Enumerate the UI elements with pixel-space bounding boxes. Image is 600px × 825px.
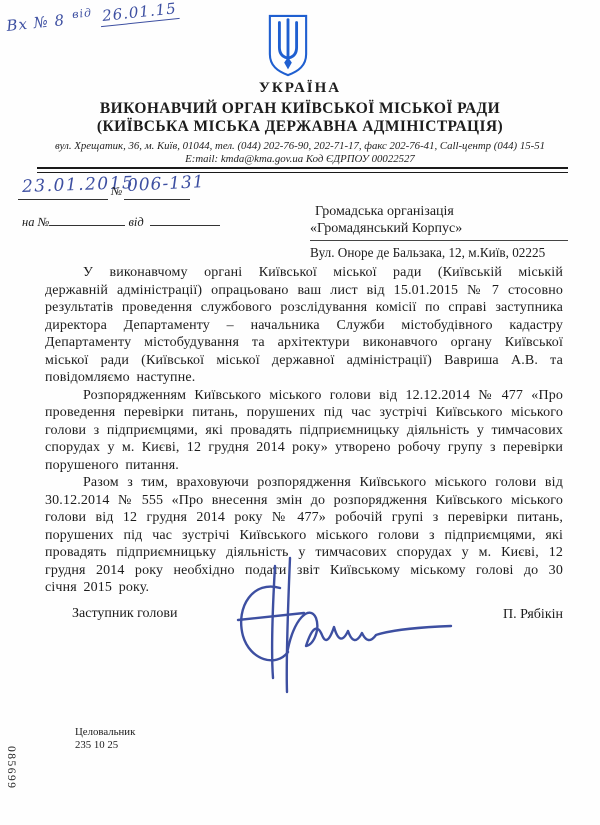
vertical-registration-number: 085699 [5, 746, 17, 810]
handwritten-registration-note: Вх № 8 від 26.01.15 [6, 0, 180, 35]
executor-name: Целовальник [75, 726, 135, 739]
body-paragraph-2: Розпорядженням Київського міського голов… [45, 387, 563, 475]
letterhead-address: вул. Хрещатик, 36, м. Київ, 01044, тел. … [0, 140, 600, 152]
recipient-block: Громадська організація «Громадянський Ко… [310, 203, 572, 261]
reply-date-blank-line [150, 213, 220, 226]
ukraine-trident-icon [267, 14, 309, 77]
reply-reference-row: на № від [22, 213, 220, 230]
reply-number-label: на № [22, 215, 49, 229]
reply-number-blank-line [49, 213, 125, 226]
signer-name: П. Рябікін [503, 607, 563, 623]
registration-vid-text: від [72, 6, 93, 21]
letter-body: У виконавчому органі Київської міської р… [45, 264, 563, 597]
body-paragraph-1: У виконавчому органі Київської міської р… [45, 264, 563, 387]
organization-name-line2: (КИЇВСЬКА МІСЬКА ДЕРЖАВНА АДМІНІСТРАЦІЯ) [0, 118, 600, 136]
recipient-organization-name: «Громадянський Корпус» [310, 220, 572, 237]
executor-block: Целовальник 235 10 25 [75, 726, 135, 752]
letterhead-divider [37, 167, 568, 173]
handwritten-signature [220, 556, 458, 696]
date-blank-line [18, 199, 108, 200]
recipient-address: Вул. Оноре де Бальзака, 12, м.Київ, 0222… [310, 244, 572, 261]
number-sign-label: № [111, 184, 122, 199]
letterhead-contact: E:mail: kmda@kma.gov.ua Код ЄДРПОУ 00022… [0, 153, 600, 165]
executor-phone: 235 10 25 [75, 739, 135, 752]
number-blank-line [124, 199, 190, 200]
recipient-organization-type: Громадська організація [310, 203, 572, 220]
reply-date-label: від [129, 215, 144, 229]
recipient-divider [310, 240, 568, 241]
registration-number-text: Вх № 8 [6, 11, 66, 35]
country-title: УКРАЇНА [0, 80, 600, 97]
registration-date-text: 26.01.15 [99, 0, 179, 27]
handwritten-outgoing-number: 006-131 [127, 172, 206, 196]
scanned-letter-page: Вх № 8 від 26.01.15 УКРАЇНА ВИКОНАВЧИЙ О… [0, 0, 600, 825]
signer-position: Заступник голови [72, 606, 177, 622]
organization-name-line1: ВИКОНАВЧИЙ ОРГАН КИЇВСЬКОЇ МІСЬКОЇ РАДИ [0, 100, 600, 118]
